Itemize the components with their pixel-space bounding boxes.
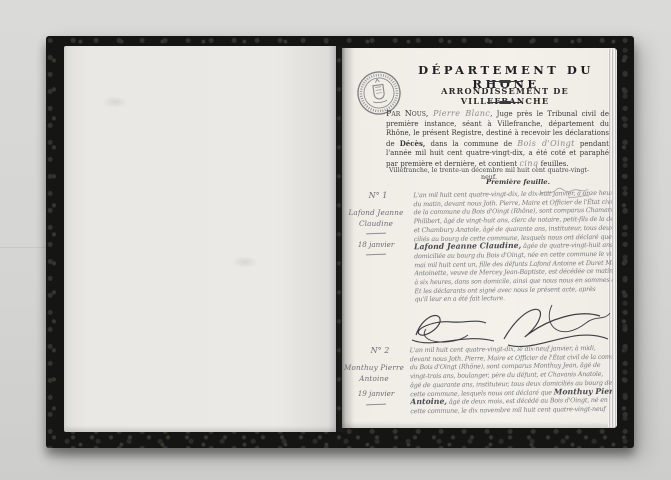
entry-1-margin-name: Claudine <box>344 219 408 228</box>
arrondissement-title: ARRONDISSEMENT DE VILLEFRANCHE <box>409 87 601 107</box>
background-crease <box>0 247 46 248</box>
entry-1-number: N° 1 <box>346 191 410 200</box>
entry-2-margin-name: Monthuy Pierre <box>342 363 406 372</box>
entry-2-act-text: L'an mil huit cent quatre-vingt-dix, le … <box>410 344 613 416</box>
entry-2-number: N° 2 <box>348 346 412 355</box>
left-blank-page <box>64 46 336 432</box>
commune-name-handwritten: Bois d'Oingt <box>517 139 575 148</box>
margin-dash <box>366 233 386 235</box>
preamble-text: dans la commune de <box>425 140 517 148</box>
paper-smudge <box>232 256 258 268</box>
margin-dash <box>366 254 386 256</box>
witness-signature-2 <box>492 299 614 349</box>
judge-name-handwritten: Pierre Blanc <box>433 109 490 118</box>
paper-smudge <box>102 96 128 108</box>
right-page-content: DÉPARTEMENT DU RHONE ARRONDISSEMENT DE V… <box>342 48 616 428</box>
entry-1-margin-name: Lafond Jeanne <box>344 208 408 217</box>
decorative-rule <box>487 101 523 104</box>
entry-2-margin-name: Antoine <box>342 374 406 383</box>
decorative-rule <box>487 80 523 83</box>
entry-2-margin-date: 19 janvier <box>344 389 408 398</box>
entry-1-margin-date: 18 janvier <box>344 240 408 249</box>
printed-preamble: Par Nous, Pierre Blanc, Juge près le Tri… <box>386 109 609 170</box>
register-photo: DÉPARTEMENT DU RHONE ARRONDISSEMENT DE V… <box>0 0 671 480</box>
entry-1-act-text: L'an mil huit cent quatre-vingt-dix, le … <box>413 189 612 305</box>
margin-dash <box>366 404 386 406</box>
preamble-intro: Par Nous, <box>386 109 433 118</box>
handwriting-line: cette commune, le dix novembre mil huit … <box>410 405 612 416</box>
deces-word: Décès, <box>400 139 426 148</box>
witness-signature-1 <box>406 305 498 349</box>
